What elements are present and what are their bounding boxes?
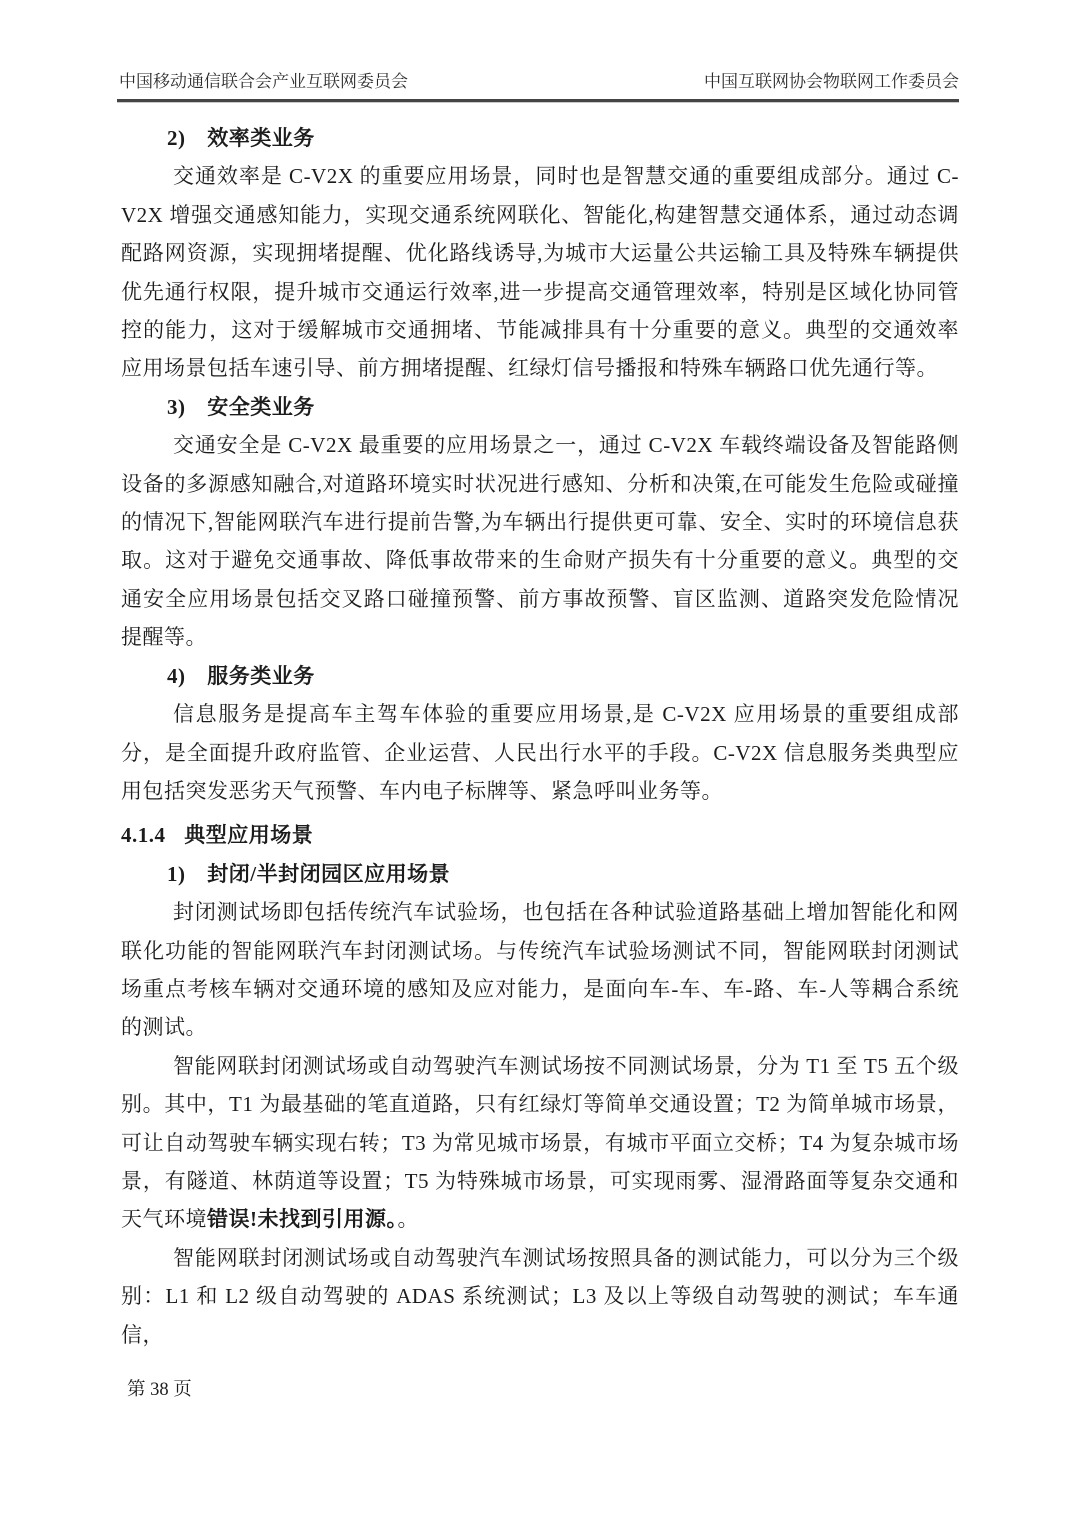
document-body: 2) 效率类业务 交通效率是 C-V2X 的重要应用场景，同时也是智慧交通的重要… [121,119,959,1354]
paragraph-campus-2-end: 。 [398,1207,420,1231]
heading-section-414-number: 4.1.4 [121,816,166,854]
paragraph-campus-3: 智能网联封闭测试场或自动驾驶汽车测试场按照具备的测试能力，可以分为三个级别：L1… [121,1239,959,1354]
heading-campus-title: 封闭/半封闭园区应用场景 [207,862,450,886]
paragraph-campus-2: 智能网联封闭测试场或自动驾驶汽车测试场按不同测试场景，分为 T1 至 T5 五个… [121,1047,959,1239]
heading-service: 4) 服务类业务 [121,657,959,695]
paragraph-efficiency: 交通效率是 C-V2X 的重要应用场景，同时也是智慧交通的重要组成部分。通过 C… [121,157,959,387]
paragraph-safety: 交通安全是 C-V2X 最重要的应用场景之一，通过 C-V2X 车载终端设备及智… [121,426,959,656]
heading-safety-number: 3) [167,388,186,426]
header-left-text: 中国移动通信联合会产业互联网委员会 [119,70,408,94]
heading-section-414-title: 典型应用场景 [184,823,313,847]
header-right-text: 中国互联网协会物联网工作委员会 [704,70,959,94]
reference-error-text: 错误!未找到引用源。 [207,1207,398,1231]
page-header: 中国移动通信联合会产业互联网委员会 中国互联网协会物联网工作委员会 [119,70,959,94]
heading-service-number: 4) [167,657,186,695]
heading-safety-title: 安全类业务 [207,395,315,419]
header-rule [117,99,959,102]
paragraph-service: 信息服务是提高车主驾车体验的重要应用场景,是 C-V2X 应用场景的重要组成部分… [121,695,959,810]
paragraph-campus-2-text: 智能网联封闭测试场或自动驾驶汽车测试场按不同测试场景，分为 T1 至 T5 五个… [121,1054,959,1232]
heading-campus: 1) 封闭/半封闭园区应用场景 [121,855,959,893]
paragraph-campus-1: 封闭测试场即包括传统汽车试验场，也包括在各种试验道路基础上增加智能化和网联化功能… [121,893,959,1047]
document-page: 中国移动通信联合会产业互联网委员会 中国互联网协会物联网工作委员会 2) 效率类… [0,0,1080,1527]
heading-efficiency-title: 效率类业务 [207,126,315,150]
heading-safety: 3) 安全类业务 [121,388,959,426]
heading-efficiency-number: 2) [167,119,186,157]
heading-service-title: 服务类业务 [207,664,315,688]
page-number: 第 38 页 [127,1375,192,1401]
heading-campus-number: 1) [167,855,186,893]
heading-section-414: 4.1.4 典型应用场景 [121,816,959,854]
heading-efficiency: 2) 效率类业务 [121,119,959,157]
